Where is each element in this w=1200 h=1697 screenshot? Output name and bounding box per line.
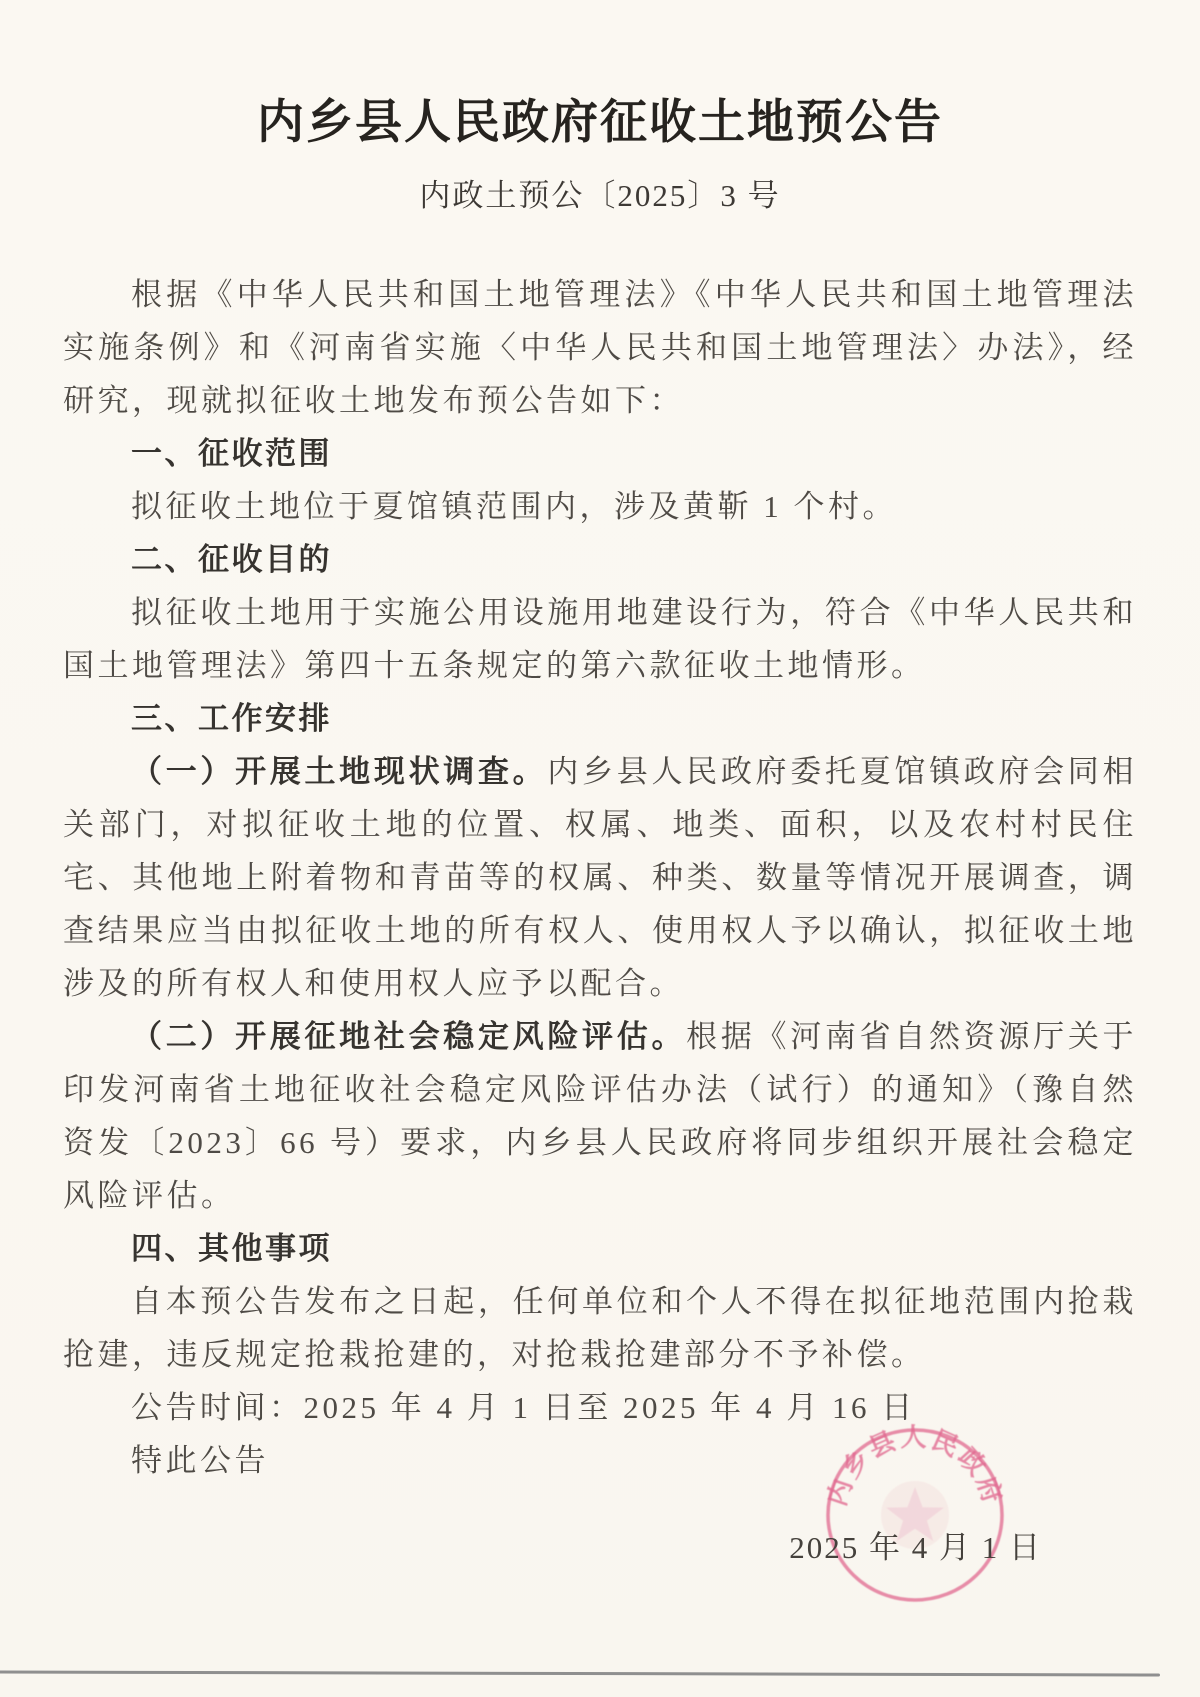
paragraph: 根据《中华人民共和国土地管理法》《中华人民共和国土地管理法实施条例》和《河南省实… [63,268,1137,427]
paragraph-bold-lead: （一）开展土地现状调查。 [131,754,547,789]
official-seal: 内乡县人民政府 [820,1424,1012,1610]
document-paragraphs: 根据《中华人民共和国土地管理法》《中华人民共和国土地管理法实施条例》和《河南省实… [63,268,1137,1487]
document-title: 内乡县人民政府征收土地预公告 [30,92,1170,154]
document-date: 2025 年 4 月 1 日 [789,1522,1042,1567]
scan-edge-line [0,1670,1160,1676]
section-heading: 一、征收范围 [63,427,1137,480]
paragraph: （一）开展土地现状调查。内乡县人民政府委托夏馆镇政府会同相关部门，对拟征收土地的… [63,745,1137,1010]
section-heading: 四、其他事项 [63,1222,1137,1275]
document-number: 内政土预公〔2025〕3 号 [30,174,1170,218]
section-heading: 三、工作安排 [63,692,1137,745]
paragraph: （二）开展征地社会稳定风险评估。根据《河南省自然资源厅关于印发河南省土地征收社会… [63,1010,1137,1222]
paragraph: 拟征收土地位于夏馆镇范围内，涉及黄靳 1 个村。 [63,480,1137,533]
section-heading: 二、征收目的 [63,533,1137,586]
paragraph: 自本预公告发布之日起，任何单位和个人不得在拟征地范围内抢栽抢建，违反规定抢栽抢建… [63,1275,1137,1381]
paragraph-bold-lead: （二）开展征地社会稳定风险评估。 [131,1019,686,1054]
paragraph: 拟征收土地用于实施公用设施用地建设行为，符合《中华人民共和国土地管理法》第四十五… [63,586,1137,692]
document-page: 内乡县人民政府征收土地预公告 内政土预公〔2025〕3 号 根据《中华人民共和国… [0,0,1200,1697]
